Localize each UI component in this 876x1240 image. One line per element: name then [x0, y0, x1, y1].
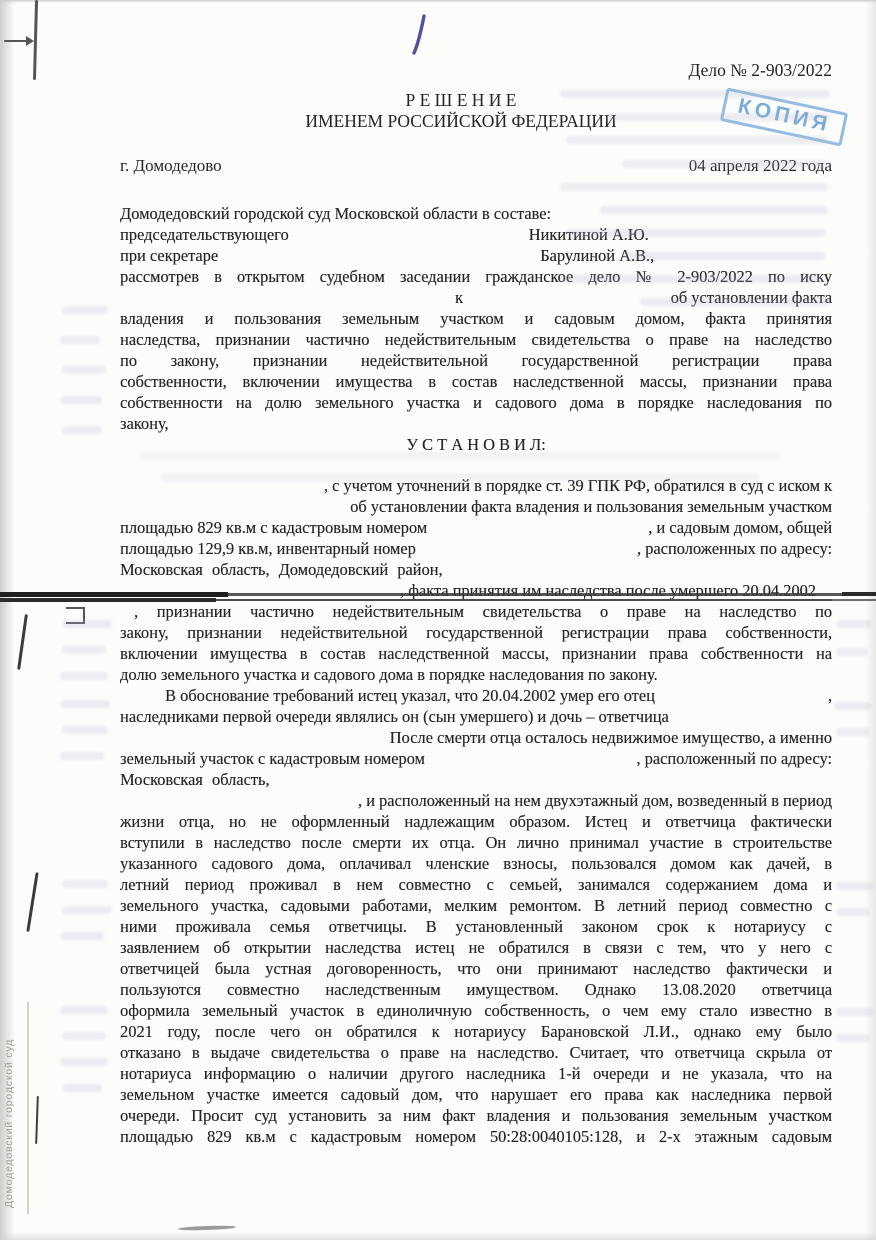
- bleed-through-artifact: [62, 1032, 106, 1040]
- text-line: наследниками первой очереди являлись он …: [120, 706, 832, 727]
- bleed-through-artifact: [62, 366, 106, 374]
- text-line: закону,: [120, 413, 832, 434]
- text-line: собственности, включении имущества в сос…: [120, 371, 832, 392]
- bleed-through-artifact: [60, 932, 104, 940]
- margin-court-stamp-border: [27, 1002, 29, 1214]
- text-line: собственности на долю земельного участка…: [120, 392, 832, 413]
- text-line: закону, признании недействительной госуд…: [120, 622, 832, 643]
- handwritten-page-number: [402, 12, 432, 56]
- margin-dark-line-artifact: [35, 1096, 39, 1144]
- text-line: вступили в наследство после смерти их от…: [120, 832, 832, 853]
- text-line: указанного садового дома, оплачивал член…: [120, 853, 832, 874]
- scanned-court-decision-page: Дело № 2-903/2022 Р Е Ш Е Н И Е ИМЕНЕМ Р…: [0, 0, 876, 1240]
- bottom-smudge-artifact: [178, 1225, 236, 1231]
- text-line: жизни отца, но не оформленный надлежащим…: [120, 811, 832, 832]
- pen-mark-artifact: [26, 872, 38, 932]
- bleed-through-artifact: [160, 474, 760, 482]
- bleed-through-artifact: [60, 672, 108, 680]
- bleed-through-artifact: [140, 452, 780, 460]
- pen-mark-artifact: [17, 614, 27, 670]
- bleed-through-artifact: [640, 298, 830, 306]
- fold-mark-arrowhead: [26, 36, 34, 46]
- bleed-through-artifact: [624, 252, 826, 260]
- bleed-through-artifact: [62, 880, 108, 888]
- text-line: 2021 году, после чего он обратился к нот…: [120, 1021, 832, 1042]
- bleed-through-artifact: [60, 1006, 108, 1014]
- scan-edge-shadow-bottom: [0, 1232, 876, 1240]
- bleed-through-artifact: [566, 229, 826, 237]
- bleed-through-artifact: [62, 646, 106, 654]
- bleed-through-artifact: [836, 1008, 874, 1016]
- bleed-through-artifact: [836, 620, 872, 628]
- text-line: по закону, признании недействительной го…: [120, 350, 832, 371]
- bleed-through-artifact: [560, 90, 830, 98]
- text-line: включении имущества в состав наследствен…: [120, 643, 832, 664]
- text-line: площадью 829 кв.м с кадастровым номером,…: [120, 517, 832, 538]
- scan-band-artifact: [0, 593, 876, 607]
- bleed-through-artifact: [836, 882, 874, 890]
- bleed-through-artifact: [834, 702, 872, 710]
- text-line: долю земельного участка и садового дома …: [120, 664, 832, 685]
- case-number: Дело № 2-903/2022: [688, 60, 832, 81]
- bleed-through-artifact: [60, 752, 104, 760]
- text-line: земельном участке имеется садовый дом, ч…: [120, 1084, 832, 1105]
- text-line: летний период проживал в нем совместно с…: [120, 874, 832, 895]
- text-line: отказано в выдаче свидетельства о праве …: [120, 1042, 832, 1063]
- text-line: В обоснование требований истец указал, ч…: [120, 685, 832, 706]
- document-body: Домодедовский городской суд Московской о…: [120, 203, 832, 1147]
- text-line: После смерти отца осталось недвижимое им…: [120, 727, 832, 748]
- bleed-through-artifact: [60, 396, 102, 404]
- bleed-through-artifact: [60, 700, 110, 708]
- text-line: об установлении факта владения и пользов…: [120, 496, 832, 517]
- text-line: пользуются совместно наследственным имущ…: [120, 979, 832, 1000]
- bleed-through-artifact: [62, 306, 108, 314]
- bleed-through-artifact: [60, 1058, 108, 1066]
- bleed-through-artifact: [836, 648, 868, 656]
- bleed-through-artifact: [62, 906, 112, 914]
- bleed-through-artifact: [606, 113, 830, 121]
- text-line: ними проживала семья ответчицы. В устано…: [120, 916, 832, 937]
- text-line: наследства, признании частично недействи…: [120, 329, 832, 350]
- bleed-through-artifact: [622, 160, 828, 168]
- bleed-through-artifact: [836, 908, 870, 916]
- text-line: владения и пользования земельным участко…: [120, 308, 832, 329]
- bleed-through-artifact: [62, 1084, 102, 1092]
- text-line: оформила земельный участок в единоличную…: [120, 1000, 832, 1021]
- margin-court-stamp: Домодедовский городской суд: [3, 1012, 25, 1208]
- bleed-through-artifact: [62, 726, 108, 734]
- text-line: площадью 829 кв.м с кадастровым номером …: [120, 1126, 832, 1147]
- bleed-through-artifact: [62, 426, 102, 434]
- text-line: ответчицей была устная договоренность, ч…: [120, 958, 832, 979]
- text-line: Московская область, Домодедовский район,: [120, 559, 832, 580]
- text-line: земельный участок с кадастровым номером,…: [120, 748, 832, 769]
- bleed-through-artifact: [560, 275, 826, 283]
- bleed-through-artifact: [560, 183, 828, 191]
- bleed-through-artifact: [566, 136, 828, 144]
- text-line: заявлением об открытии наследства истец …: [120, 937, 832, 958]
- bleed-through-artifact: [62, 620, 112, 628]
- bleed-through-artifact: [600, 206, 828, 214]
- text-line: нотариуса информацию о наличии другого н…: [120, 1063, 832, 1084]
- bleed-through-artifact: [60, 336, 100, 344]
- text-line: , и расположенный на нем двухэтажный дом…: [120, 790, 832, 811]
- text-line: Московская область,: [120, 769, 832, 790]
- city-label: г. Домодедово: [120, 156, 222, 176]
- text-line: площадью 129,9 кв.м, инвентарный номер, …: [120, 538, 832, 559]
- text-line: очереди. Просит суд установить за ним фа…: [120, 1105, 832, 1126]
- bleed-through-artifact: [836, 1034, 870, 1042]
- text-line: земельного участка, садовыми работами, м…: [120, 895, 832, 916]
- scan-edge-shadow-top: [0, 0, 876, 3]
- bleed-through-artifact: [836, 728, 870, 736]
